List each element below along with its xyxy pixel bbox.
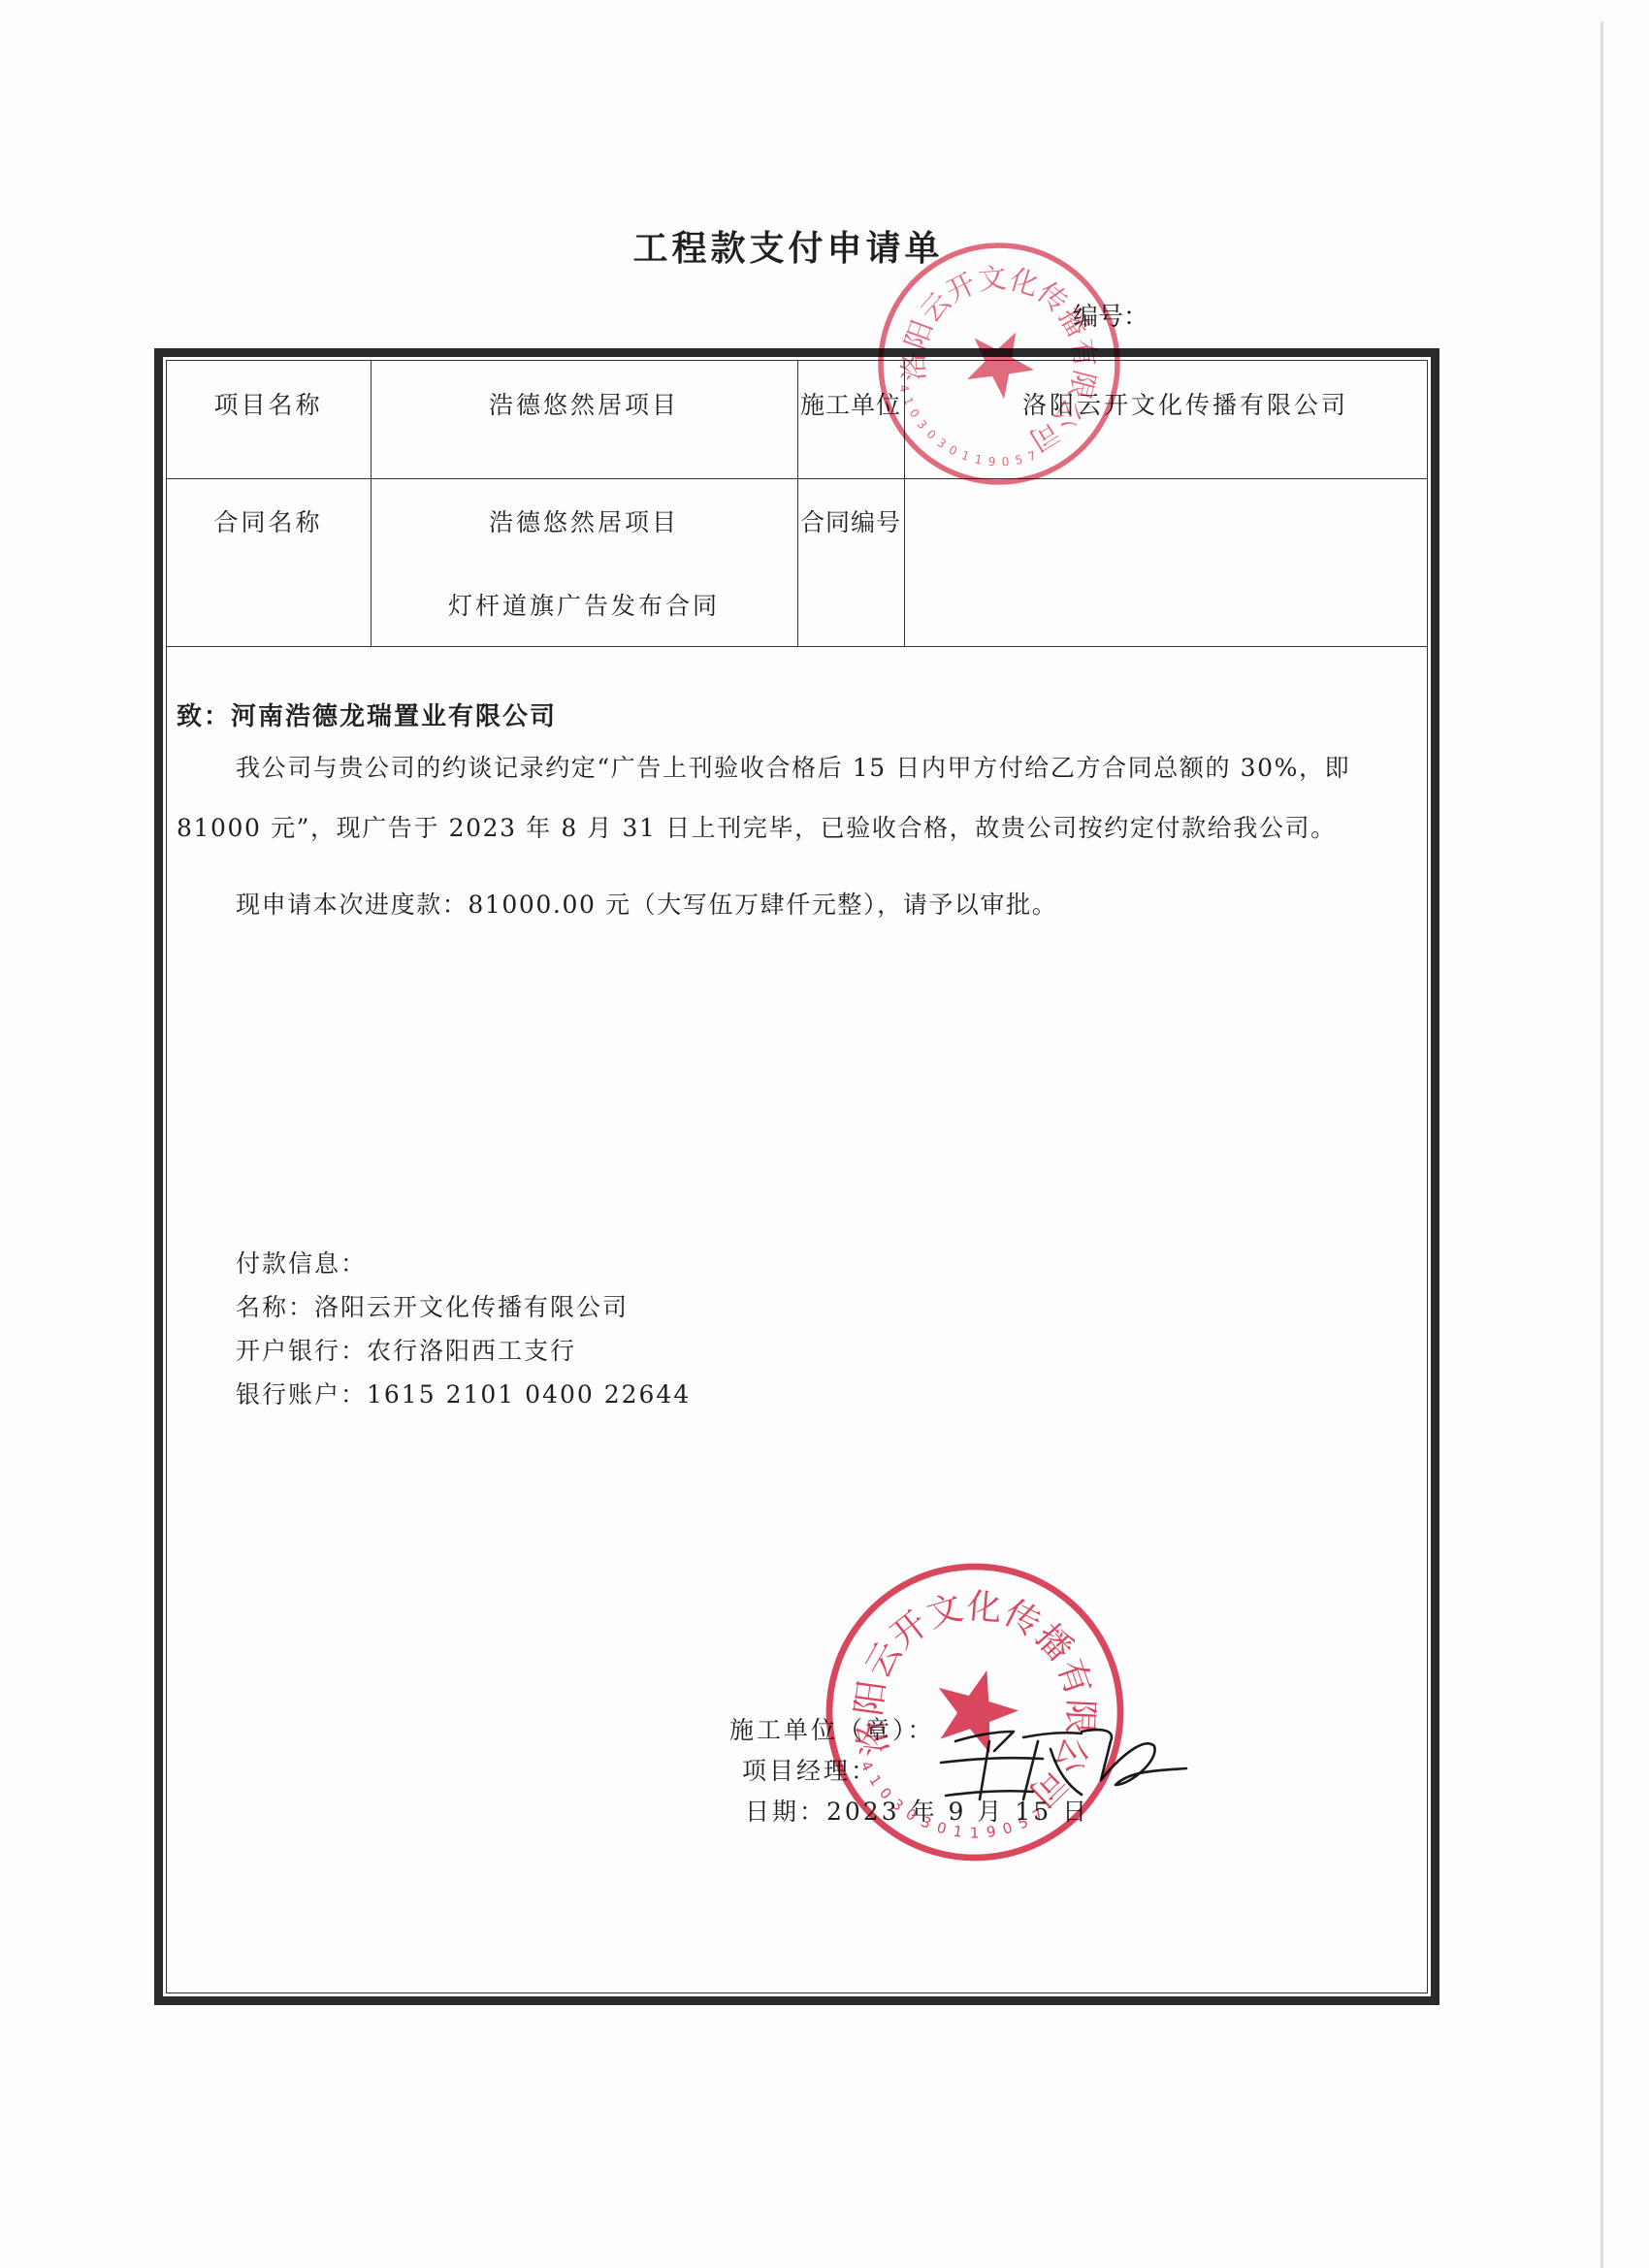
recipient-line: 致：河南浩德龙瑞置业有限公司	[177, 697, 557, 732]
label-contract-name: 合同名称	[166, 503, 371, 538]
value-contract-name-line2: 灯杆道旗广告发布合同	[371, 587, 797, 622]
body-paragraph-1-line-2: 81000 元”，现广告于 2023 年 8 月 31 日上刊完毕，已验收合格，…	[177, 809, 1337, 844]
signoff-unit-label: 施工单位（章）：	[729, 1711, 935, 1746]
signoff-manager-label: 项目经理：	[742, 1752, 878, 1787]
col-divider-3	[904, 360, 905, 647]
value-project-name: 浩德悠然居项目	[371, 386, 797, 421]
payment-account: 银行账户：1615 2101 0400 22644	[236, 1376, 691, 1410]
body-paragraph-2: 现申请本次进度款：81000.00 元（大写伍万肆仟元整），请予以审批。	[236, 886, 1057, 921]
payment-payee-name: 名称：洛阳云开文化传播有限公司	[236, 1288, 629, 1323]
value-contract-name-line1: 浩德悠然居项目	[371, 503, 797, 538]
payment-bank: 开户银行：农行洛阳西工支行	[236, 1332, 576, 1367]
value-contractor: 洛阳云开文化传播有限公司	[1022, 386, 1348, 421]
label-contract-number: 合同编号	[797, 503, 904, 538]
body-paragraph-1-line-1: 我公司与贵公司的约谈记录约定“广告上刊验收合格后 15 日内甲方付给乙方合同总额…	[236, 749, 1350, 784]
scan-edge-line	[1600, 21, 1603, 2268]
svg-text:传: 传	[1031, 275, 1074, 319]
svg-text:开: 开	[941, 267, 981, 308]
signoff-date: 日期：2023 年 9 月 15 日	[745, 1793, 1089, 1828]
svg-text:云: 云	[914, 285, 957, 328]
label-contractor: 施工单位	[797, 386, 904, 421]
serial-number-label: 编号：	[1073, 297, 1148, 333]
payment-heading: 付款信息：	[236, 1245, 367, 1280]
document-title: 工程款支付申请单	[0, 221, 1576, 271]
label-project-name: 项目名称	[166, 386, 371, 421]
